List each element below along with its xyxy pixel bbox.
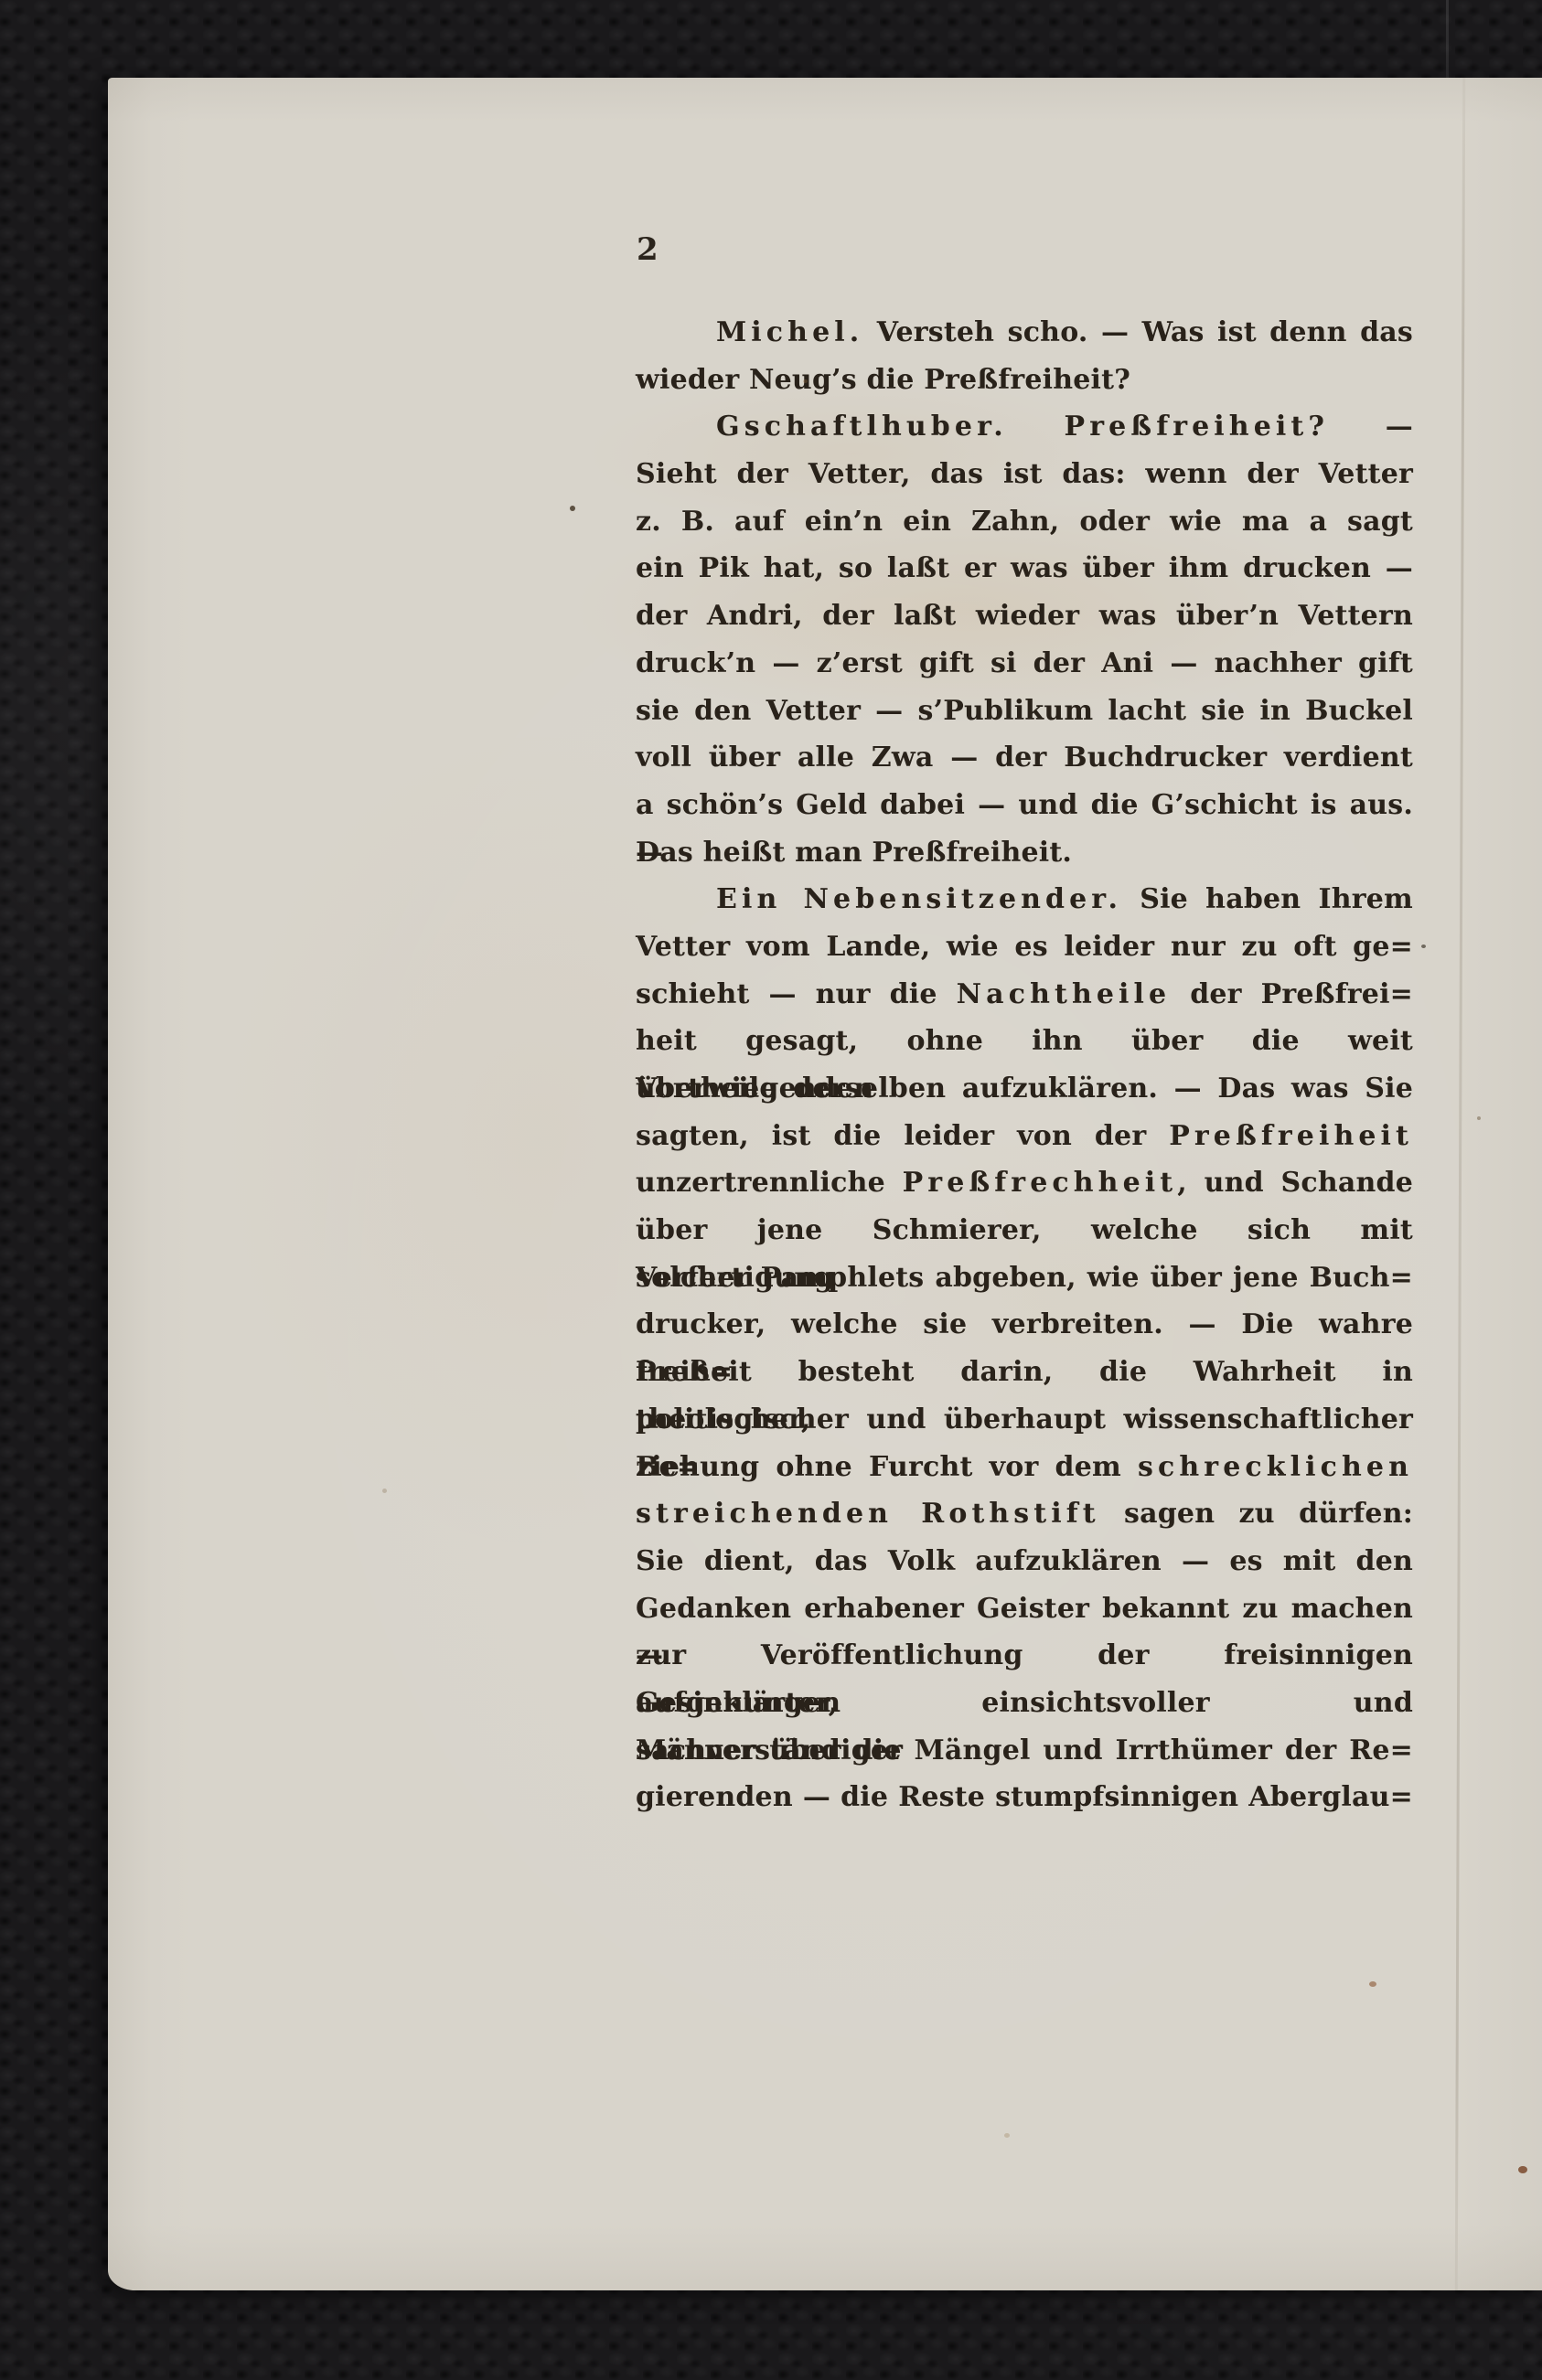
text-segment: Männer über die Mängel und Irrthümer der… xyxy=(636,1734,1413,1766)
text-segment: ein Pik hat, so laßt er was über ihm dru… xyxy=(636,552,1413,584)
text-segment: ziehung ohne Furcht vor dem xyxy=(636,1451,1138,1483)
text-segment: schieht — nur die xyxy=(636,978,957,1010)
book-page-paper: 2 Michel. Versteh scho. — Was ist denn d… xyxy=(108,78,1542,2290)
text-line: der Andri, der laßt wieder was über’n Ve… xyxy=(636,592,1413,640)
text-line: Ein Nebensitzender. Sie haben Ihrem xyxy=(636,876,1413,923)
text-segment: sagten, ist die leider von der xyxy=(636,1120,1169,1152)
text-line: Vetter vom Lande, wie es leider nur zu o… xyxy=(636,923,1413,971)
letterspaced-text: Preßfrechheit xyxy=(903,1167,1178,1199)
text-line: freiheit besteht darin, die Wahrheit in … xyxy=(636,1349,1413,1396)
text-segment: Sie haben Ihrem xyxy=(1122,883,1413,915)
text-line: sagten, ist die leider von der Preßfreih… xyxy=(636,1113,1413,1160)
text-line: Sieht der Vetter, das ist das: wenn der … xyxy=(636,451,1413,498)
text-segment: der Andri, der laßt wieder was über’n Ve… xyxy=(636,600,1413,632)
text-segment: sagen zu dürfen: xyxy=(1100,1498,1413,1530)
text-segment: wieder Neug’s die Preßfreiheit? xyxy=(636,364,1130,396)
letterspaced-text: Gschaftlhuber. xyxy=(716,411,1008,443)
paper-speck xyxy=(1477,1116,1481,1120)
letterspaced-text: Ein Nebensitzender. xyxy=(716,883,1122,915)
paper-speck xyxy=(1518,2166,1527,2173)
text-line: Michel. Versteh scho. — Was ist denn das xyxy=(636,309,1413,357)
text-segment: Das heißt man Preßfreiheit. xyxy=(636,837,1072,869)
page-number: 2 xyxy=(637,231,659,268)
letterspaced-text: Michel. xyxy=(716,316,863,348)
paper-speck xyxy=(1421,945,1426,948)
text-segment: gierenden — die Reste stumpfsinnigen Abe… xyxy=(636,1781,1413,1813)
text-segment: solcher Pamphlets abgeben, wie über jene… xyxy=(636,1262,1413,1294)
text-line: heit gesagt, ohne ihn über die weit über… xyxy=(636,1018,1413,1065)
text-line: z. B. auf ein’n ein Zahn, oder wie ma a … xyxy=(636,498,1413,546)
text-line: solcher Pamphlets abgeben, wie über jene… xyxy=(636,1254,1413,1302)
letterspaced-text: Preßfreiheit? xyxy=(1065,411,1329,443)
page-fold-crease xyxy=(1455,78,1465,2290)
text-line: Sie dient, das Volk aufzuklären — es mit… xyxy=(636,1538,1413,1585)
letterspaced-text: Nachtheile xyxy=(957,978,1172,1010)
text-segment: Sieht der Vetter, das ist das: wenn der … xyxy=(636,458,1413,490)
text-line: zur Veröffentlichung der freisinnigen Ge… xyxy=(636,1632,1413,1680)
paper-speck xyxy=(803,379,808,383)
text-segment xyxy=(1008,411,1065,443)
text-line: schieht — nur die Nachtheile der Preßfre… xyxy=(636,971,1413,1019)
text-segment: , und Schande xyxy=(1177,1167,1413,1199)
text-segment: unzertrennliche xyxy=(636,1167,903,1199)
text-line: über jene Schmierer, welche sich mit Ver… xyxy=(636,1207,1413,1254)
paper-speck xyxy=(1369,1981,1376,1987)
text-line: wieder Neug’s die Preßfreiheit? xyxy=(636,357,1413,404)
text-segment: z. B. auf ein’n ein Zahn, oder wie ma a … xyxy=(636,506,1413,538)
text-segment: der Preßfrei= xyxy=(1171,978,1413,1010)
text-line: Das heißt man Preßfreiheit. xyxy=(636,829,1413,877)
text-line: druck’n — z’erst gift si der Ani — nachh… xyxy=(636,640,1413,688)
letterspaced-text: Preßfreiheit xyxy=(1169,1120,1413,1152)
text-line: Gschaftlhuber. Preßfreiheit? — xyxy=(636,403,1413,451)
text-segment: Vortheile derselben aufzuklären. — Das w… xyxy=(636,1073,1413,1105)
text-segment: — xyxy=(1329,411,1413,443)
text-line: Vortheile derselben aufzuklären. — Das w… xyxy=(636,1065,1413,1113)
book-cover-background: 2 Michel. Versteh scho. — Was ist denn d… xyxy=(0,0,1542,2380)
text-line: sie den Vetter — s’Publikum lacht sie in… xyxy=(636,688,1413,735)
text-line: ziehung ohne Furcht vor dem schreckliche… xyxy=(636,1444,1413,1491)
text-line: Gedanken erhabener Geister bekannt zu ma… xyxy=(636,1585,1413,1633)
text-line: theologischer und überhaupt wissenschaft… xyxy=(636,1396,1413,1444)
text-line: aufgeklärter, einsichtsvoller und sachve… xyxy=(636,1680,1413,1727)
letterspaced-text: streichenden Rothstift xyxy=(636,1498,1100,1530)
text-segment: voll über alle Zwa — der Buchdrucker ver… xyxy=(636,742,1413,774)
text-segment: Versteh scho. — Was ist denn das xyxy=(863,316,1413,348)
text-line: voll über alle Zwa — der Buchdrucker ver… xyxy=(636,734,1413,782)
letterspaced-text: schrecklichen xyxy=(1138,1451,1413,1483)
paper-speck xyxy=(1004,2133,1010,2138)
text-segment: Sie dient, das Volk aufzuklären — es mit… xyxy=(636,1545,1413,1577)
text-segment: sie den Vetter — s’Publikum lacht sie in… xyxy=(636,695,1413,727)
text-line: a schön’s Geld dabei — und die G’schicht… xyxy=(636,782,1413,829)
text-line: streichenden Rothstift sagen zu dürfen: xyxy=(636,1490,1413,1538)
text-line: drucker, welche sie verbreiten. — Die wa… xyxy=(636,1301,1413,1349)
text-line: Männer über die Mängel und Irrthümer der… xyxy=(636,1727,1413,1775)
text-segment: druck’n — z’erst gift si der Ani — nachh… xyxy=(636,647,1413,679)
paper-speck xyxy=(382,1489,387,1493)
text-segment: Vetter vom Lande, wie es leider nur zu o… xyxy=(636,931,1413,963)
text-line: ein Pik hat, so laßt er was über ihm dru… xyxy=(636,545,1413,592)
text-line: unzertrennliche Preßfrechheit, und Schan… xyxy=(636,1159,1413,1207)
text-line: gierenden — die Reste stumpfsinnigen Abe… xyxy=(636,1774,1413,1821)
page-text-block: Michel. Versteh scho. — Was ist denn das… xyxy=(636,309,1413,1821)
paper-speck xyxy=(570,506,575,511)
